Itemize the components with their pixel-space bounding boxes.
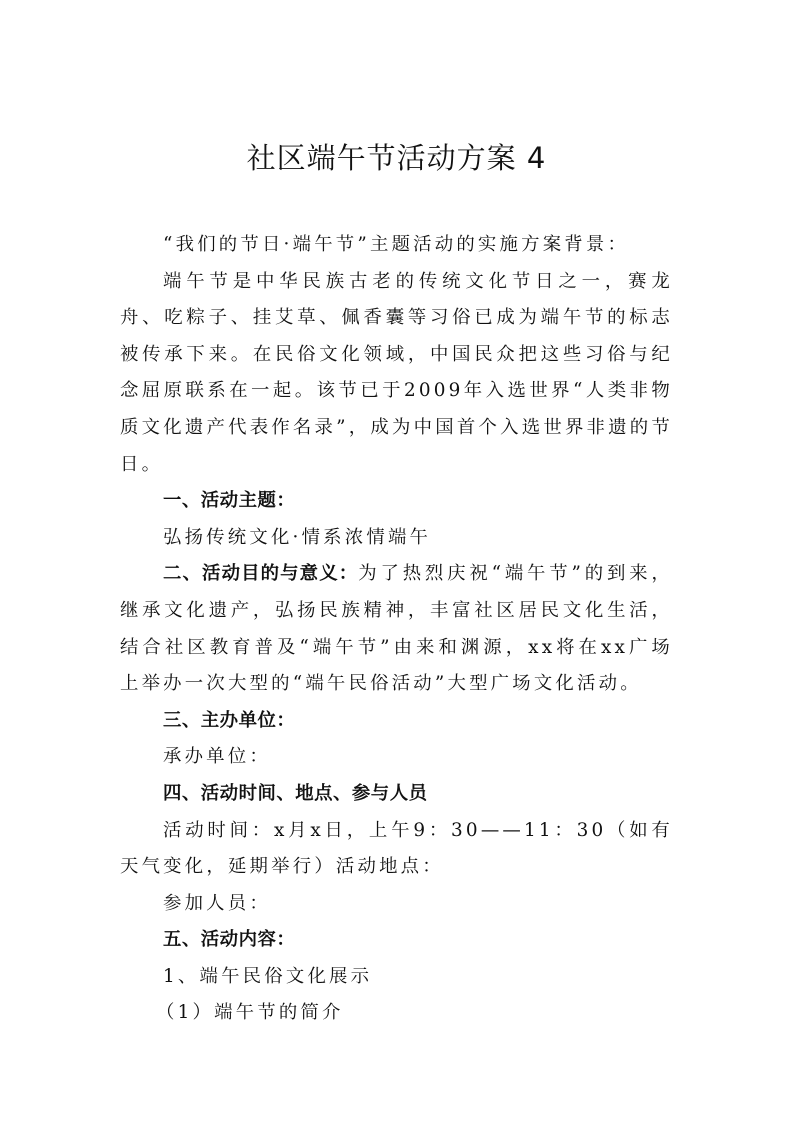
section-heading-content: 五、活动内容： xyxy=(120,922,673,959)
paragraph-text: “我们的节日·端午节”主题活动的实施方案背景： xyxy=(163,234,629,255)
document-title: 社区端午节活动方案 4 xyxy=(0,138,793,178)
paragraph-content-subitem-1: （1）端午节的简介 xyxy=(120,995,673,1032)
document-body: “我们的节日·端午节”主题活动的实施方案背景： 端午节是中华民族古老的传统文化节… xyxy=(120,227,673,1032)
section-heading: 四、活动时间、地点、参与人员 xyxy=(163,783,427,804)
section-heading-theme: 一、活动主题： xyxy=(120,483,673,520)
paragraph-text: （1）端午节的简介 xyxy=(156,1002,344,1023)
paragraph-participants: 参加人员： xyxy=(120,886,673,923)
paragraph-content-item-1: 1、端午民俗文化展示 xyxy=(120,959,673,996)
paragraph-co-organizer: 承办单位： xyxy=(120,739,673,776)
paragraph-text: 端午节是中华民族古老的传统文化节日之一，赛龙舟、吃粽子、挂艾草、佩香囊等习俗已成… xyxy=(120,271,673,475)
paragraph-text: 弘扬传统文化·情系浓情端午 xyxy=(163,527,431,548)
section-heading: 五、活动内容： xyxy=(163,929,295,950)
section-heading-time-place: 四、活动时间、地点、参与人员 xyxy=(120,776,673,813)
paragraph-text: 参加人员： xyxy=(163,893,271,914)
section-heading-organizer: 三、主办单位： xyxy=(120,703,673,740)
paragraph-text: 承办单位： xyxy=(163,746,271,767)
paragraph-text: 活动时间：x月x日，上午9：30——11：30（如有天气变化，延期举行）活动地点… xyxy=(120,820,673,878)
section-purpose: 二、活动目的与意义：为了热烈庆祝“端午节”的到来，继承文化遗产，弘扬民族精神，丰… xyxy=(120,556,673,702)
paragraph-theme: 弘扬传统文化·情系浓情端午 xyxy=(120,520,673,557)
paragraph-background: 端午节是中华民族古老的传统文化节日之一，赛龙舟、吃粽子、挂艾草、佩香囊等习俗已成… xyxy=(120,264,673,484)
section-heading: 三、主办单位： xyxy=(163,710,295,731)
section-heading: 一、活动主题： xyxy=(163,490,295,511)
paragraph-text: 1、端午民俗文化展示 xyxy=(163,966,372,987)
section-heading: 二、活动目的与意义： xyxy=(163,563,358,584)
document-page: 社区端午节活动方案 4 “我们的节日·端午节”主题活动的实施方案背景： 端午节是… xyxy=(0,0,793,1122)
paragraph-time: 活动时间：x月x日，上午9：30——11：30（如有天气变化，延期举行）活动地点… xyxy=(120,813,673,886)
paragraph-background-intro: “我们的节日·端午节”主题活动的实施方案背景： xyxy=(120,227,673,264)
